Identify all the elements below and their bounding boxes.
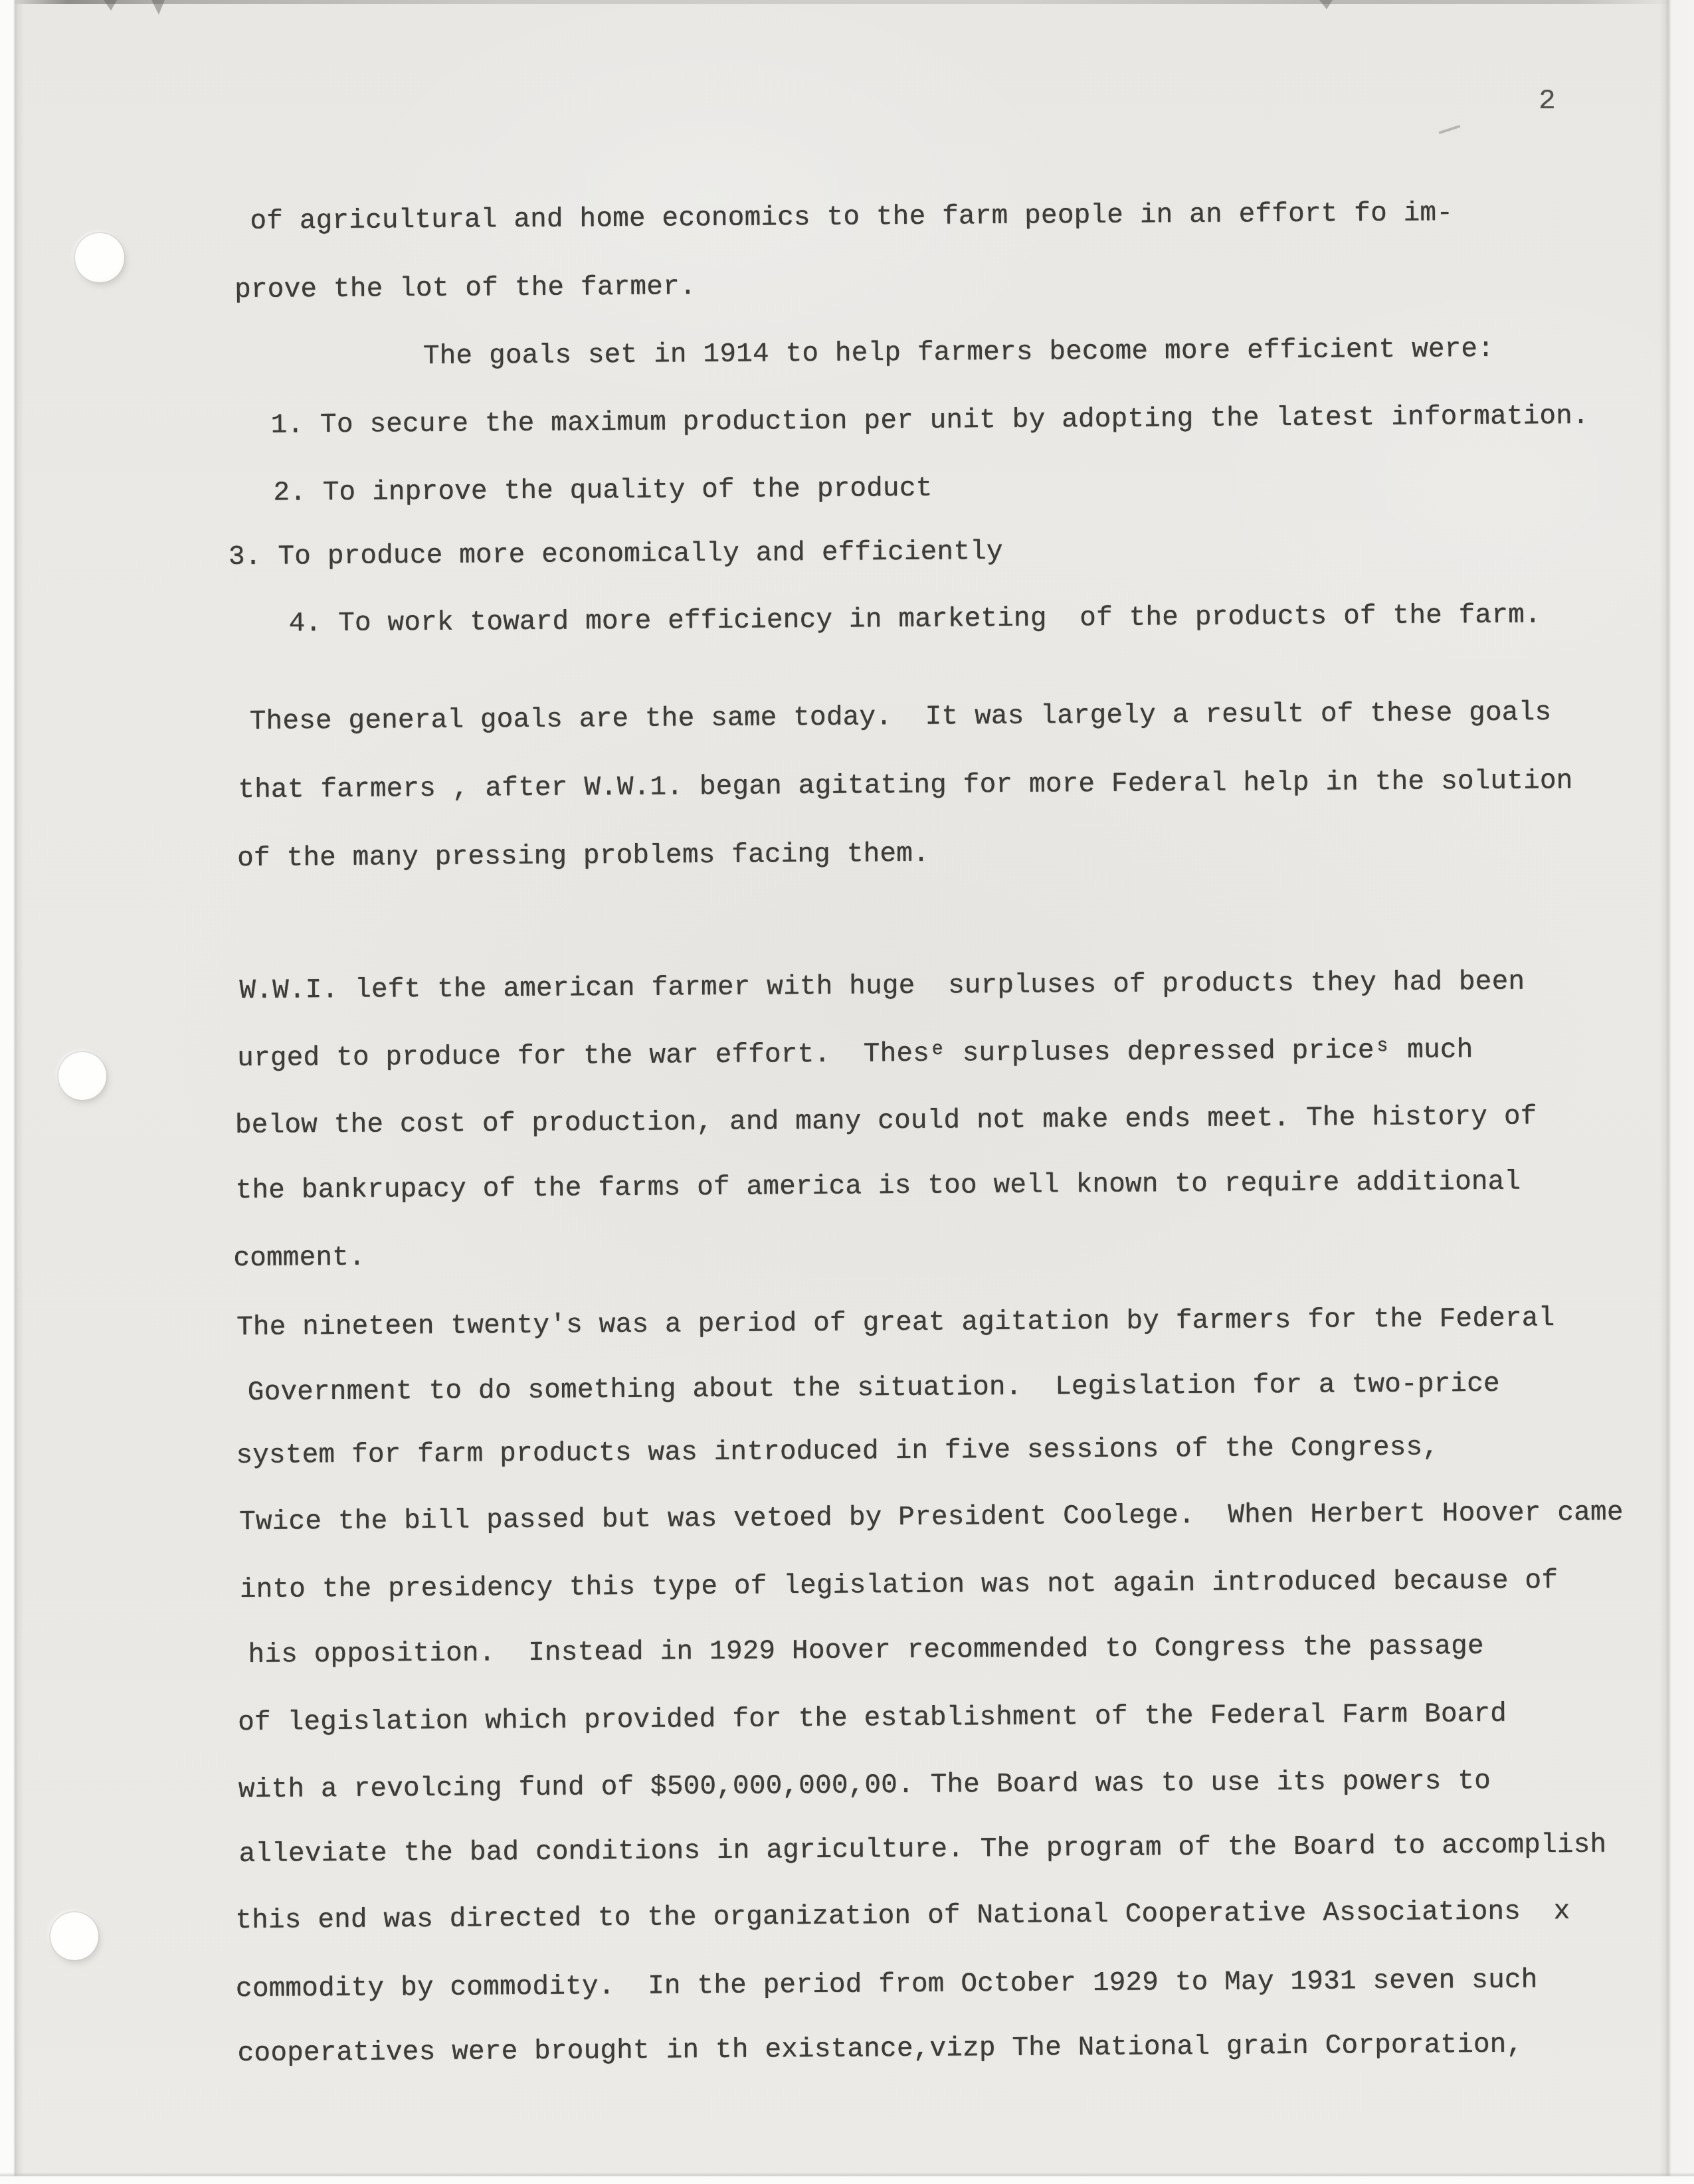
scanned-document-page: 2 of agricultural and home economics to … bbox=[0, 0, 1694, 2184]
text-line: with a revolcing fund of $500,000,000,00… bbox=[238, 1768, 1491, 1804]
text-line: The goals set in 1914 to help farmers be… bbox=[423, 336, 1495, 371]
text-line: his opposition. Instead in 1929 Hoover r… bbox=[248, 1633, 1484, 1669]
text-line: 2. To inprove the quality of the product bbox=[273, 476, 932, 507]
text-line: 4. To work toward more efficiency in mar… bbox=[289, 602, 1541, 638]
hole-punch bbox=[58, 1052, 106, 1100]
text-line: below the cost of production, and many c… bbox=[235, 1103, 1537, 1140]
text-line: that farmers , after W.W.1. began agitat… bbox=[238, 768, 1572, 804]
text-line: These general goals are the same today. … bbox=[250, 699, 1552, 736]
text-line: of agricultural and home economics to th… bbox=[250, 200, 1453, 236]
text-line: 1. To secure the maximum production per … bbox=[270, 403, 1589, 440]
hole-punch bbox=[50, 1912, 98, 1960]
text-line: of legislation which provided for the es… bbox=[238, 1701, 1507, 1737]
text-line: the bankrupacy of the farms of america i… bbox=[236, 1169, 1521, 1206]
text-line: comment. bbox=[233, 1245, 365, 1273]
hole-punch bbox=[75, 233, 124, 282]
text-line: 3. To produce more economically and effi… bbox=[229, 539, 1003, 571]
text-line: this end was directed to the organizatio… bbox=[235, 1898, 1570, 1935]
text-line: alleviate the bad conditions in agricult… bbox=[238, 1832, 1606, 1868]
text-line: The nineteen twenty's was a period of gr… bbox=[236, 1305, 1555, 1342]
text-line: cooperatives were brought in th existanc… bbox=[238, 2032, 1523, 2068]
text-line: W.W.I. left the american farmer with hug… bbox=[239, 968, 1525, 1005]
text-line: of the many pressing problems facing the… bbox=[237, 841, 929, 873]
text-line: into the presidency this type of legisla… bbox=[240, 1568, 1558, 1604]
text-line: Twice the bill passed but was vetoed by … bbox=[239, 1499, 1624, 1536]
text-line: urged to produce for the war effort. The… bbox=[237, 1037, 1473, 1073]
text-line: prove the lot of the farmer. bbox=[235, 274, 696, 304]
text-line: Government to do something about the sit… bbox=[248, 1371, 1500, 1407]
text-line: commodity by commodity. In the period fr… bbox=[236, 1967, 1538, 2003]
typewritten-text-layer: of agricultural and home economics to th… bbox=[0, 0, 1694, 2184]
text-line: system for farm products was introduced … bbox=[236, 1434, 1439, 1470]
